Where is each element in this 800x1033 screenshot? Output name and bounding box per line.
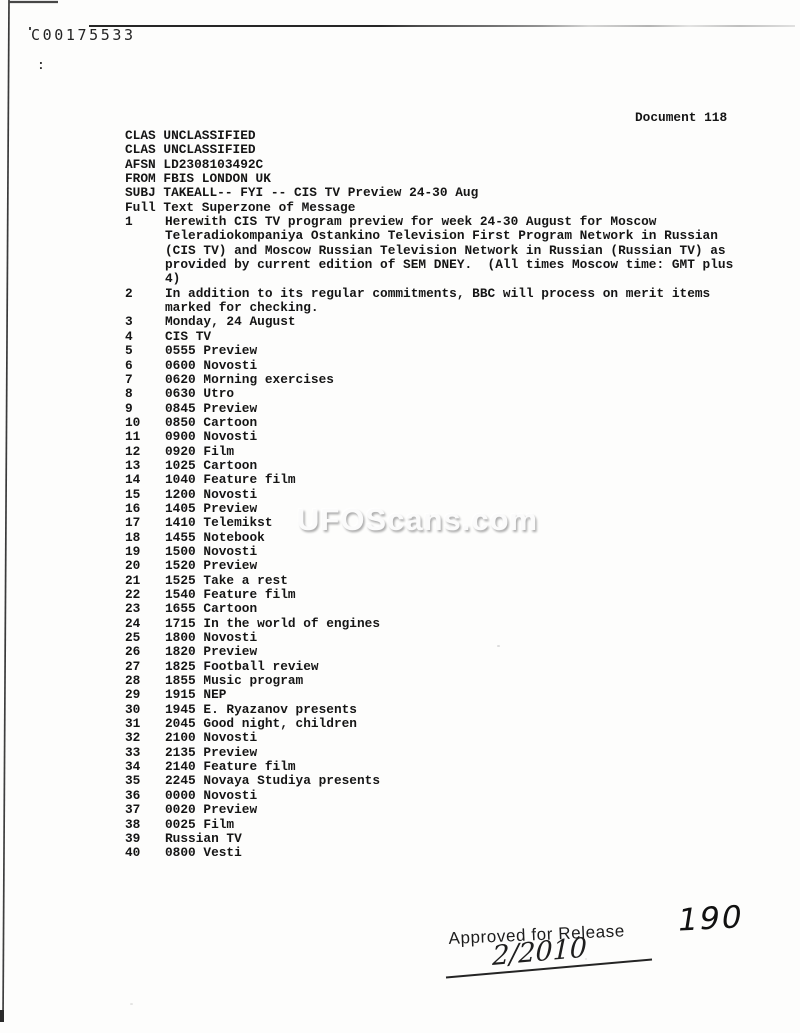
item-text: 1200 Novosti bbox=[165, 488, 735, 502]
superzone-item: 191500 Novosti bbox=[125, 545, 735, 559]
item-number: 11 bbox=[125, 430, 165, 444]
superzone-item: 1Herewith CIS TV program preview for wee… bbox=[125, 215, 735, 287]
item-number: 32 bbox=[125, 731, 165, 745]
item-text: 0000 Novosti bbox=[165, 789, 735, 803]
item-text: Herewith CIS TV program preview for week… bbox=[165, 215, 735, 287]
superzone-item: 120920 Film bbox=[125, 445, 735, 459]
superzone-item: 201520 Preview bbox=[125, 559, 735, 573]
item-number: 27 bbox=[125, 660, 165, 674]
item-number: 17 bbox=[125, 516, 165, 530]
superzone-item: 352245 Novaya Studiya presents bbox=[125, 774, 735, 788]
item-text: 1825 Football review bbox=[165, 660, 735, 674]
item-number: 31 bbox=[125, 717, 165, 731]
superzone-item: 80630 Utro bbox=[125, 387, 735, 401]
item-text: 0845 Preview bbox=[165, 402, 735, 416]
superzone-item: 70620 Morning exercises bbox=[125, 373, 735, 387]
header-line: SUBJ TAKEALL-- FYI -- CIS TV Preview 24-… bbox=[125, 186, 735, 200]
superzone-item: 39Russian TV bbox=[125, 832, 735, 846]
item-number: 8 bbox=[125, 387, 165, 401]
superzone-item: 342140 Feature film bbox=[125, 760, 735, 774]
top-rule-line bbox=[89, 25, 795, 27]
message-body: CLAS UNCLASSIFIEDCLAS UNCLASSIFIEDAFSN L… bbox=[125, 129, 735, 861]
superzone-item: 291915 NEP bbox=[125, 688, 735, 702]
item-number: 28 bbox=[125, 674, 165, 688]
item-text: 1655 Cartoon bbox=[165, 602, 735, 616]
item-number: 13 bbox=[125, 459, 165, 473]
item-text: 0620 Morning exercises bbox=[165, 373, 735, 387]
item-number: 38 bbox=[125, 818, 165, 832]
header-line: CLAS UNCLASSIFIED bbox=[125, 129, 735, 143]
superzone-item: 221540 Feature film bbox=[125, 588, 735, 602]
superzone-item: 301945 E. Ryazanov presents bbox=[125, 703, 735, 717]
superzone-item: 4CIS TV bbox=[125, 330, 735, 344]
item-number: 18 bbox=[125, 531, 165, 545]
item-number: 10 bbox=[125, 416, 165, 430]
item-text: Russian TV bbox=[165, 832, 735, 846]
item-text: 2140 Feature film bbox=[165, 760, 735, 774]
superzone-item: 380025 Film bbox=[125, 818, 735, 832]
superzone-item: 251800 Novosti bbox=[125, 631, 735, 645]
superzone-item: 131025 Cartoon bbox=[125, 459, 735, 473]
scan-speckle bbox=[585, 958, 587, 960]
item-number: 2 bbox=[125, 287, 165, 316]
superzone-item: 3Monday, 24 August bbox=[125, 315, 735, 329]
handwritten-page-number: 190 bbox=[675, 899, 747, 938]
item-text: 1540 Feature film bbox=[165, 588, 735, 602]
item-text: 1855 Music program bbox=[165, 674, 735, 688]
item-text: 0850 Cartoon bbox=[165, 416, 735, 430]
item-number: 7 bbox=[125, 373, 165, 387]
item-number: 16 bbox=[125, 502, 165, 516]
item-text: 1715 In the world of engines bbox=[165, 617, 735, 631]
item-text: In addition to its regular commitments, … bbox=[165, 287, 735, 316]
superzone-item: 400800 Vesti bbox=[125, 846, 735, 860]
item-number: 6 bbox=[125, 359, 165, 373]
superzone-item: 141040 Feature film bbox=[125, 473, 735, 487]
item-number: 30 bbox=[125, 703, 165, 717]
item-text: CIS TV bbox=[165, 330, 735, 344]
item-number: 22 bbox=[125, 588, 165, 602]
item-number: 5 bbox=[125, 344, 165, 358]
item-number: 36 bbox=[125, 789, 165, 803]
item-text: 0555 Preview bbox=[165, 344, 735, 358]
superzone-item: 211525 Take a rest bbox=[125, 574, 735, 588]
scan-speckle bbox=[130, 1003, 133, 1005]
item-number: 19 bbox=[125, 545, 165, 559]
item-text: 0630 Utro bbox=[165, 387, 735, 401]
item-number: 26 bbox=[125, 645, 165, 659]
item-number: 21 bbox=[125, 574, 165, 588]
watermark-text: UFOScans.com bbox=[297, 502, 538, 538]
header-line: FROM FBIS LONDON UK bbox=[125, 172, 735, 186]
scan-reference-number: C00175533 bbox=[31, 26, 136, 44]
superzone-item: 261820 Preview bbox=[125, 645, 735, 659]
superzone-item: 312045 Good night, children bbox=[125, 717, 735, 731]
item-number: 14 bbox=[125, 473, 165, 487]
stray-colon-mark: : bbox=[37, 58, 45, 73]
superzone-item: 370020 Preview bbox=[125, 803, 735, 817]
item-text: 0025 Film bbox=[165, 818, 735, 832]
item-number: 4 bbox=[125, 330, 165, 344]
item-text: 0900 Novosti bbox=[165, 430, 735, 444]
item-number: 34 bbox=[125, 760, 165, 774]
item-number: 3 bbox=[125, 315, 165, 329]
item-text: 2135 Preview bbox=[165, 746, 735, 760]
superzone-item: 151200 Novosti bbox=[125, 488, 735, 502]
item-text: 1500 Novosti bbox=[165, 545, 735, 559]
item-number: 40 bbox=[125, 846, 165, 860]
superzone-item: 100850 Cartoon bbox=[125, 416, 735, 430]
item-text: 1040 Feature film bbox=[165, 473, 735, 487]
superzone-item: 281855 Music program bbox=[125, 674, 735, 688]
item-number: 23 bbox=[125, 602, 165, 616]
item-number: 15 bbox=[125, 488, 165, 502]
superzone-item: 50555 Preview bbox=[125, 344, 735, 358]
superzone-item: 322100 Novosti bbox=[125, 731, 735, 745]
item-number: 37 bbox=[125, 803, 165, 817]
superzone-item: 2In addition to its regular commitments,… bbox=[125, 287, 735, 316]
superzone-item: 231655 Cartoon bbox=[125, 602, 735, 616]
item-text: 1520 Preview bbox=[165, 559, 735, 573]
item-number: 9 bbox=[125, 402, 165, 416]
item-text: 0020 Preview bbox=[165, 803, 735, 817]
superzone-item: 241715 In the world of engines bbox=[125, 617, 735, 631]
item-number: 39 bbox=[125, 832, 165, 846]
scanned-document-page: C00175533 : Document 118 CLAS UNCLASSIFI… bbox=[0, 0, 800, 1033]
item-text: 2045 Good night, children bbox=[165, 717, 735, 731]
item-text: 1025 Cartoon bbox=[165, 459, 735, 473]
item-text: 0800 Vesti bbox=[165, 846, 735, 860]
superzone-item: 332135 Preview bbox=[125, 746, 735, 760]
item-text: 2100 Novosti bbox=[165, 731, 735, 745]
superzone-item: 110900 Novosti bbox=[125, 430, 735, 444]
message-header: CLAS UNCLASSIFIEDCLAS UNCLASSIFIEDAFSN L… bbox=[125, 129, 735, 215]
item-number: 25 bbox=[125, 631, 165, 645]
header-line: AFSN LD2308103492C bbox=[125, 158, 735, 172]
item-text: 1915 NEP bbox=[165, 688, 735, 702]
item-text: Monday, 24 August bbox=[165, 315, 735, 329]
item-number: 12 bbox=[125, 445, 165, 459]
item-text: 1820 Preview bbox=[165, 645, 735, 659]
item-number: 35 bbox=[125, 774, 165, 788]
item-text: 1800 Novosti bbox=[165, 631, 735, 645]
item-text: 0600 Novosti bbox=[165, 359, 735, 373]
header-line: CLAS UNCLASSIFIED bbox=[125, 143, 735, 157]
item-text: 1945 E. Ryazanov presents bbox=[165, 703, 735, 717]
header-line: Full Text Superzone of Message bbox=[125, 201, 735, 215]
superzone-item: 271825 Football review bbox=[125, 660, 735, 674]
item-number: 1 bbox=[125, 215, 165, 287]
scan-speckle bbox=[497, 645, 500, 647]
item-number: 20 bbox=[125, 559, 165, 573]
item-number: 29 bbox=[125, 688, 165, 702]
item-text: 1525 Take a rest bbox=[165, 574, 735, 588]
superzone-item: 360000 Novosti bbox=[125, 789, 735, 803]
item-number: 33 bbox=[125, 746, 165, 760]
document-number: Document 118 bbox=[635, 110, 727, 125]
superzone-item: 60600 Novosti bbox=[125, 359, 735, 373]
item-text: 2245 Novaya Studiya presents bbox=[165, 774, 735, 788]
item-number: 24 bbox=[125, 617, 165, 631]
item-text: 0920 Film bbox=[165, 445, 735, 459]
superzone-item: 90845 Preview bbox=[125, 402, 735, 416]
